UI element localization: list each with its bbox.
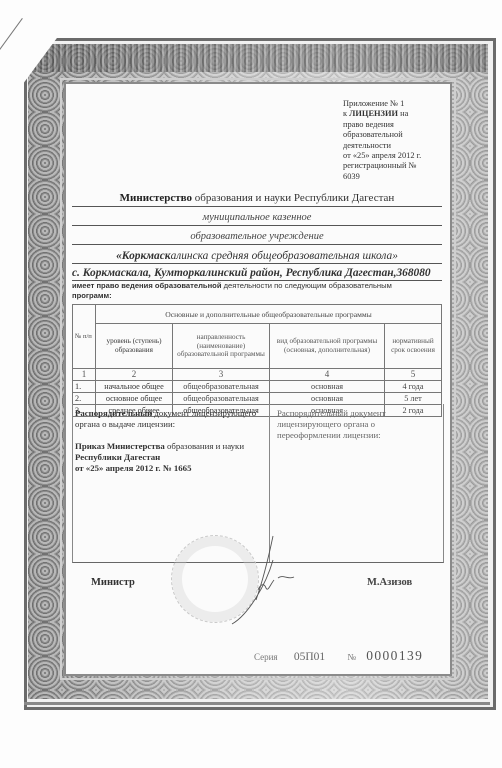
- row-term: 4 года: [385, 381, 442, 393]
- document-content: Приложение № 1 к ЛИЦЕНЗИИ на право веден…: [0, 0, 502, 768]
- issuance-heading: Распорядительный документ лицензирующего: [75, 408, 265, 419]
- appendix-line: образовательной: [343, 130, 463, 140]
- signature-icon: [228, 530, 318, 630]
- row-direction: общеобразовательная: [173, 393, 270, 405]
- order-line2: Республики Дагестан: [75, 452, 265, 463]
- reissuance-line: лицензирующего органа о: [277, 419, 437, 430]
- index-cell: 4: [270, 369, 385, 381]
- appendix-line: регистрационный №: [343, 161, 463, 171]
- institution-name: «Коркмаскалинска средняя общеобразовател…: [72, 250, 442, 264]
- order-date-number: от «25» апреля 2012 г. № 1665: [75, 463, 265, 474]
- row-kind: основная: [270, 381, 385, 393]
- order-rest: образования и науки: [165, 441, 244, 451]
- order-line1: Приказ Министерства образования и науки: [75, 441, 265, 452]
- index-cell: 5: [385, 369, 442, 381]
- series-label: Серия: [254, 652, 278, 662]
- column-index-row: 1 2 3 4 5: [73, 369, 442, 381]
- col-header-term: нормативный срок освоения: [385, 324, 442, 369]
- rights-statement: имеет право ведения образовательной деят…: [72, 281, 442, 300]
- issuance-heading-line2: органа о выдаче лицензии:: [75, 419, 265, 430]
- torn-corner: [0, 0, 85, 115]
- appendix-header: Приложение № 1 к ЛИЦЕНЗИИ на право веден…: [343, 99, 463, 182]
- registration-number: 6039: [343, 172, 463, 182]
- institution-type-line1: муниципальное казенное: [72, 212, 442, 226]
- row-number: 2.: [73, 393, 96, 405]
- rights-rest: деятельности по следующим образовательны…: [221, 281, 391, 290]
- heading-rest: документ лицензирующего: [152, 408, 256, 418]
- table-main-header: Основные и дополнительные общеобразовате…: [96, 305, 442, 324]
- appendix-date: от «25» апреля 2012 г.: [343, 151, 463, 161]
- number-value: 0000139: [366, 648, 423, 663]
- issuing-authority: Министерство образования и науки Республ…: [72, 192, 442, 207]
- signatory-title: Министр: [91, 577, 135, 588]
- row-level: основное общее: [96, 393, 173, 405]
- institution-name-rest: алинска средняя общеобразовательная школ…: [171, 250, 398, 262]
- order-bold: Приказ Министерства: [75, 441, 165, 451]
- appendix-line: к ЛИЦЕНЗИИ на: [343, 109, 463, 119]
- table-row: 1. начальное общее общеобразовательная о…: [73, 381, 442, 393]
- issuance-order: Распорядительный документ лицензирующего…: [75, 408, 265, 474]
- series-value: 05П01: [294, 651, 325, 663]
- institution-address: с. Коркмаскала, Кумторкалинский район, Р…: [72, 267, 442, 281]
- reissuance-line: Распорядительный документ: [277, 408, 437, 419]
- issuer-rest: образования и науки Республики Дагестан: [192, 192, 394, 204]
- programs-table: № п/п Основные и дополнительные общеобра…: [72, 304, 442, 417]
- signatory-name: М.Азизов: [367, 577, 412, 588]
- appendix-license-word: ЛИЦЕНЗИИ: [349, 109, 398, 118]
- appendix-line: деятельности: [343, 141, 463, 151]
- row-level: начальное общее: [96, 381, 173, 393]
- form-serial-number: Серия 05П01 № 0000139: [254, 648, 423, 664]
- reissuance-order: Распорядительный документ лицензирующего…: [277, 408, 437, 441]
- row-kind: основная: [270, 393, 385, 405]
- appendix-line: право ведения: [343, 120, 463, 130]
- institution-type-line2: образовательное учреждение: [72, 231, 442, 245]
- rights-line2: программ:: [72, 291, 112, 300]
- number-label: №: [347, 652, 356, 662]
- col-header-direction: направленность (наименование) образовате…: [173, 324, 270, 369]
- col-header-number: № п/п: [73, 305, 96, 369]
- index-cell: 1: [73, 369, 96, 381]
- heading-bold: Распорядительный: [75, 408, 152, 418]
- table-row: 2. основное общее общеобразовательная ос…: [73, 393, 442, 405]
- appendix-suffix: на: [398, 109, 408, 118]
- row-direction: общеобразовательная: [173, 381, 270, 393]
- index-cell: 3: [173, 369, 270, 381]
- issuer-bold: Министерство: [120, 192, 192, 204]
- appendix-line: Приложение № 1: [343, 99, 463, 109]
- institution-name-bold: «Коркмаск: [116, 250, 170, 262]
- row-number: 1.: [73, 381, 96, 393]
- col-header-level: уровень (ступень) образования: [96, 324, 173, 369]
- col-header-kind: вид образовательной программы (основная,…: [270, 324, 385, 369]
- rights-bold: имеет право ведения образовательной: [72, 281, 221, 290]
- reissuance-line: переоформлении лицензии:: [277, 430, 437, 441]
- index-cell: 2: [96, 369, 173, 381]
- row-term: 5 лет: [385, 393, 442, 405]
